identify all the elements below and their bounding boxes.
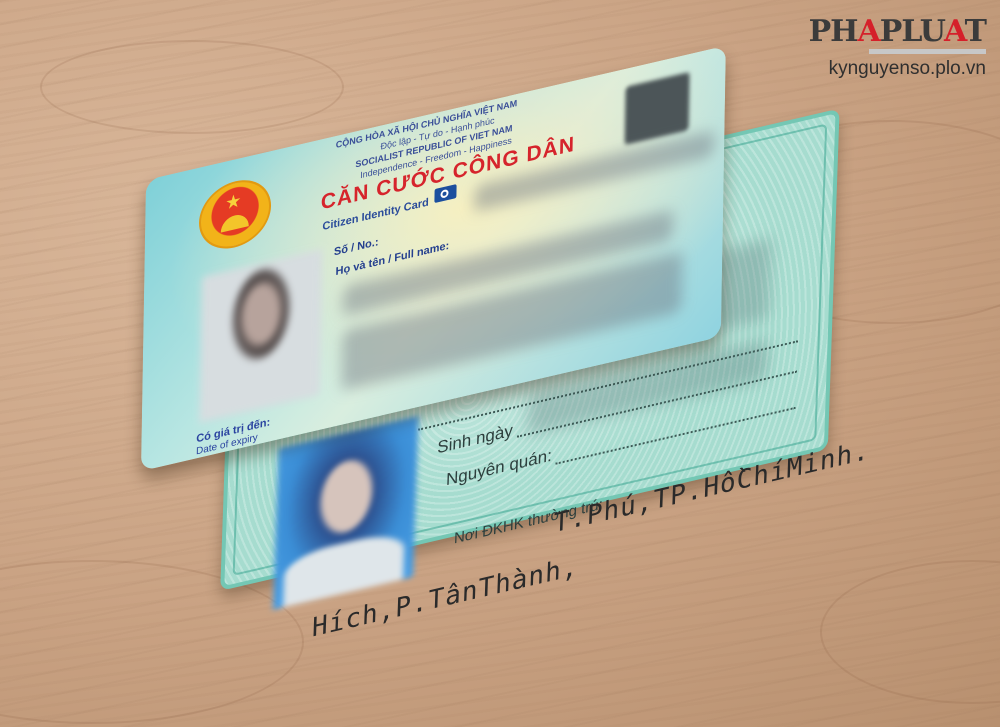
brand-part: A: [857, 14, 879, 49]
star-icon: ★: [225, 190, 242, 215]
watermark-logo: PHAPLUAT kynguyenso.plo.vn: [809, 16, 986, 80]
chip-card-photo: [200, 249, 323, 422]
brand-underline: [869, 49, 986, 54]
qr-code: [625, 72, 690, 145]
emblem-gear: [221, 212, 249, 233]
brand-wordmark: PHAPLUAT: [809, 16, 986, 48]
brand-part: T: [965, 14, 986, 49]
national-emblem-icon: ★: [198, 173, 271, 256]
brand-part: PLU: [880, 14, 944, 49]
number-label: Số / No.:: [334, 236, 379, 258]
brand-part: PH: [809, 14, 858, 49]
wood-grain: [0, 560, 304, 724]
wood-grain: [820, 560, 1000, 704]
watermark-url: kynguyenso.plo.vn: [809, 58, 986, 80]
brand-part: A: [944, 14, 965, 49]
wood-grain: [40, 40, 344, 134]
old-card-photo: [273, 416, 418, 610]
